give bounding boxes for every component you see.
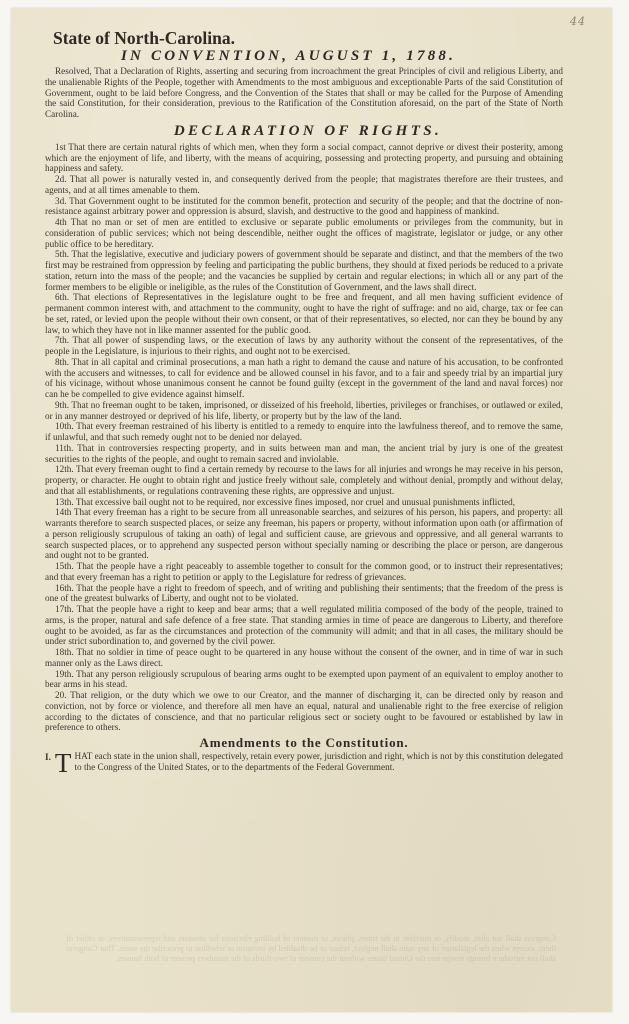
right-item: 15th. That the people have a right peace… — [45, 561, 563, 583]
right-item: 11th. That in controversies respecting p… — [45, 443, 563, 465]
drop-cap-letter: T — [55, 752, 72, 774]
right-item: 9th. That no freeman ought to be taken, … — [45, 400, 563, 422]
right-item: 1st That there are certain natural right… — [45, 142, 563, 174]
right-item: 6th. That elections of Representatives i… — [45, 292, 563, 335]
amendment-numeral: I. — [45, 752, 51, 763]
document-body: State of North-Carolina. IN CONVENTION, … — [45, 28, 563, 774]
right-item: 8th. That in all capital and criminal pr… — [45, 357, 563, 400]
state-title: State of North-Carolina. — [53, 28, 563, 48]
amendments-heading: Amendments to the Constitution. — [45, 735, 563, 750]
right-item: 18th. That no soldier in time of peace o… — [45, 647, 563, 669]
right-item: 3d. That Government ought to be institut… — [45, 196, 563, 218]
right-item: 17th. That the people have a right to ke… — [45, 604, 563, 647]
right-item: 13th. That excessive bail ought not to b… — [45, 497, 563, 508]
declaration-heading: DECLARATION OF RIGHTS. — [53, 123, 563, 140]
amendment-text: HAT each state in the union shall, respe… — [74, 751, 563, 772]
resolution-paragraph: Resolved, That a Declaration of Rights, … — [45, 66, 563, 120]
document-page: 44 Congress shall not alter, modify, or … — [11, 8, 612, 1012]
right-item: 20. That religion, or the duty which we … — [45, 690, 563, 733]
archive-page-number: 44 — [570, 15, 586, 28]
amendment-item: I. T HAT each state in the union shall, … — [45, 751, 563, 773]
right-item: 12th. That every freeman ought to find a… — [45, 464, 563, 496]
right-item: 14th That every freeman has a right to b… — [45, 507, 563, 561]
right-item: 4th That no man or set of men are entitl… — [45, 217, 563, 249]
right-item: 2d. That all power is naturally vested i… — [45, 174, 563, 196]
right-item: 5th. That the legislative, executive and… — [45, 249, 563, 292]
right-item: 16th. That the people have a right to fr… — [45, 583, 563, 605]
right-item: 19th. That any person religiously scrupu… — [45, 669, 563, 691]
right-item: 10th. That every freeman restrained of h… — [45, 421, 563, 443]
right-item: 7th. That all power of suspending laws, … — [45, 335, 563, 357]
declaration-list: 1st That there are certain natural right… — [45, 142, 563, 733]
bleed-through-text: Congress shall not alter, modify, or int… — [66, 933, 556, 963]
convention-date-heading: IN CONVENTION, AUGUST 1, 1788. — [45, 48, 563, 65]
